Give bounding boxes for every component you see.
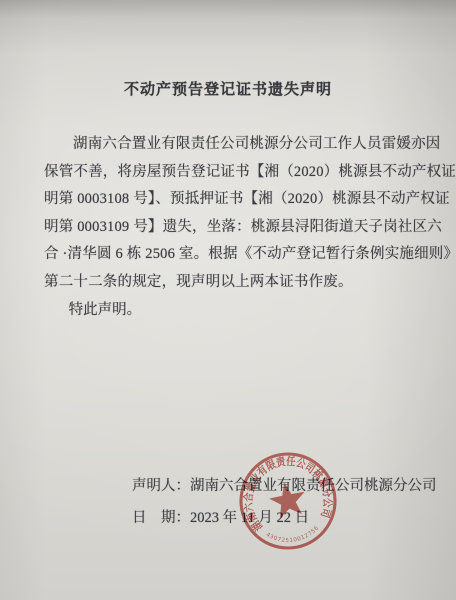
seal-star-icon [267, 479, 309, 520]
body-line-4: 明第 0003109 号】遗失，坐落：桃源县浔阳街道天子岗社区六 [44, 214, 424, 242]
body-line-1: 湖南六合置业有限责任公司桃源分公司工作人员雷媛亦因 [44, 131, 424, 159]
body-line-3: 明第 0003108 号】、预抵押证书【湘（2020）桃源县不动产权证 [44, 186, 424, 214]
body-line-5: 合 ·清华圆 6 栋 2506 室。根据《不动产登记暂行条例实施细则》 [44, 241, 424, 269]
declarant-label: 声明人： [132, 478, 190, 494]
photographed-document: 不动产预告登记证书遗失声明 湖南六合置业有限责任公司桃源分公司工作人员雷媛亦因 … [0, 0, 456, 600]
closing-statement: 特此声明。 [44, 297, 141, 325]
company-seal-stamp: 湖南六合置业有限责任公司桃源分公司 43072510012756 [218, 431, 359, 572]
date-label: 日 期： [132, 510, 190, 526]
document-body: 湖南六合置业有限责任公司桃源分公司工作人员雷媛亦因 保管不善，将房屋预告登记证书… [44, 131, 424, 296]
document-title: 不动产预告登记证书遗失声明 [0, 78, 456, 99]
body-line-2: 保管不善，将房屋预告登记证书【湘（2020）桃源县不动产权证 [44, 159, 424, 187]
body-line-6: 第二十二条的规定，现声明以上两本证书作废。 [44, 269, 424, 297]
